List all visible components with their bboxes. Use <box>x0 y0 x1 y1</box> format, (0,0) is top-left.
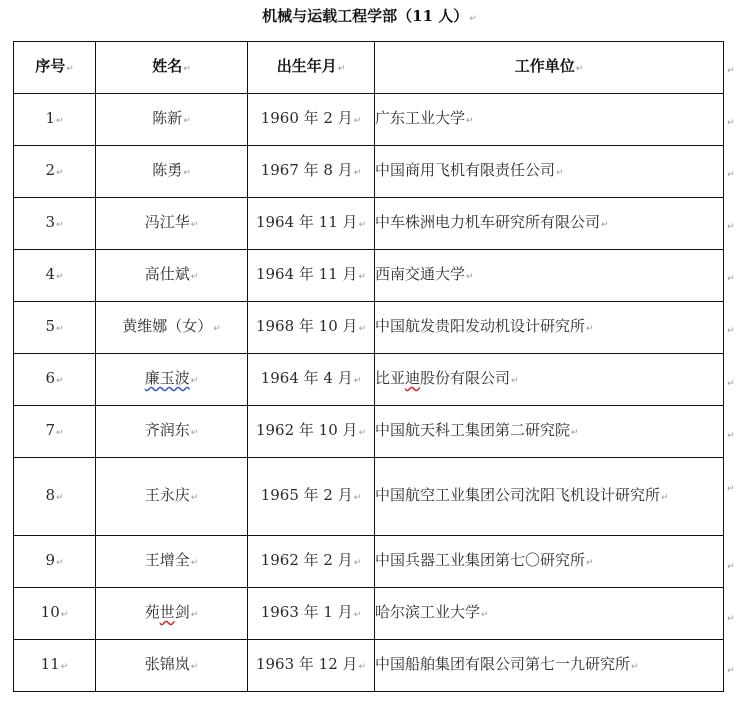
cell-name[interactable]: 冯江华↵ <box>96 198 248 250</box>
paragraph-mark-icon: ↵ <box>183 116 191 126</box>
table-row: 1↵ 陈新↵ 1960 年 2 月↵ 广东工业大学↵ <box>14 94 724 146</box>
name-text: 王增全 <box>145 551 190 569</box>
cell-unit[interactable]: 中国商用飞机有限责任公司↵ <box>375 146 724 198</box>
paragraph-mark-icon: ↵ <box>183 64 191 74</box>
row-end-mark-icon: ↵ <box>727 66 735 76</box>
document-title-text: 机械与运载工程学部（11 人） <box>262 7 468 25</box>
name-text-part: 剑 <box>175 603 190 621</box>
paragraph-mark-icon: ↵ <box>571 428 579 438</box>
index-text: 2 <box>45 161 55 179</box>
paragraph-mark-icon: ↵ <box>601 220 609 230</box>
cell-birth[interactable]: 1964 年 11 月↵ <box>248 250 375 302</box>
paragraph-mark-icon: ↵ <box>359 662 367 672</box>
cell-name[interactable]: 王增全↵ <box>96 536 248 588</box>
birth-text: 1964 年 11 月 <box>256 213 358 231</box>
cell-unit[interactable]: 中国航空工业集团公司沈阳飞机设计研究所↵ <box>375 458 724 536</box>
name-text: 黄维娜（女） <box>122 317 212 335</box>
paragraph-mark-icon: ↵ <box>191 220 199 230</box>
cell-birth[interactable]: 1962 年 10 月↵ <box>248 406 375 458</box>
paragraph-mark-icon: ↵ <box>213 324 221 334</box>
index-text: 8 <box>45 486 55 504</box>
unit-text: 广东工业大学 <box>375 109 465 127</box>
birth-text: 1963 年 1 月 <box>261 603 353 621</box>
paragraph-mark-icon: ↵ <box>631 662 639 672</box>
table-row: 3↵ 冯江华↵ 1964 年 11 月↵ 中车株洲电力机车研究所有限公司↵ <box>14 198 724 250</box>
cell-name[interactable]: 齐润东↵ <box>96 406 248 458</box>
cell-unit[interactable]: 哈尔滨工业大学↵ <box>375 588 724 640</box>
birth-text: 1964 年 11 月 <box>256 265 358 283</box>
paragraph-mark-icon: ↵ <box>56 220 64 230</box>
paragraph-mark-icon: ↵ <box>191 272 199 282</box>
paragraph-mark-icon: ↵ <box>56 324 64 334</box>
header-unit: 工作单位↵ <box>375 42 724 94</box>
cell-index[interactable]: 1↵ <box>14 94 96 146</box>
paragraph-mark-icon: ↵ <box>469 14 477 24</box>
unit-text: 中国船舶集团有限公司第七一九研究所 <box>375 655 630 673</box>
cell-birth[interactable]: 1968 年 10 月↵ <box>248 302 375 354</box>
paragraph-mark-icon: ↵ <box>556 168 564 178</box>
name-text: 陈新 <box>152 109 182 127</box>
paragraph-mark-icon: ↵ <box>354 493 362 503</box>
paragraph-mark-icon: ↵ <box>61 662 69 672</box>
unit-text-part: 股份有限公司 <box>420 369 510 387</box>
paragraph-mark-icon: ↵ <box>359 220 367 230</box>
paragraph-mark-icon: ↵ <box>359 324 367 334</box>
document-title: 机械与运载工程学部（11 人）↵ <box>0 5 739 30</box>
cell-unit[interactable]: 中国兵器工业集团第七〇研究所↵ <box>375 536 724 588</box>
paragraph-mark-icon: ↵ <box>56 558 64 568</box>
paragraph-mark-icon: ↵ <box>354 610 362 620</box>
table-row: 11↵ 张锦岚↵ 1963 年 12 月↵ 中国船舶集团有限公司第七一九研究所↵ <box>14 640 724 692</box>
paragraph-mark-icon: ↵ <box>511 376 519 386</box>
header-unit-label: 工作单位 <box>515 57 575 75</box>
paragraph-mark-icon: ↵ <box>191 428 199 438</box>
name-text-grammar-flag: 廉玉波 <box>145 369 190 387</box>
row-end-mark-icon: ↵ <box>727 614 735 624</box>
header-index: 序号↵ <box>14 42 96 94</box>
index-text: 7 <box>45 421 55 439</box>
table-row: 10↵ 苑世剑↵ 1963 年 1 月↵ 哈尔滨工业大学↵ <box>14 588 724 640</box>
row-end-mark-icon: ↵ <box>727 484 735 494</box>
paragraph-mark-icon: ↵ <box>191 376 199 386</box>
paragraph-mark-icon: ↵ <box>56 116 64 126</box>
cell-unit[interactable]: 中国航发贵阳发动机设计研究所↵ <box>375 302 724 354</box>
cell-index[interactable]: 7↵ <box>14 406 96 458</box>
index-text: 4 <box>45 265 55 283</box>
members-table: 序号↵ 姓名↵ 出生年月↵ 工作单位↵ 1↵ 陈新↵ 1960 年 2 月↵ 广… <box>13 41 724 692</box>
row-end-mark-icon: ↵ <box>727 326 735 336</box>
cell-index[interactable]: 4↵ <box>14 250 96 302</box>
birth-text: 1962 年 10 月 <box>256 421 358 439</box>
row-end-mark-icon: ↵ <box>727 431 735 441</box>
cell-unit[interactable]: 中车株洲电力机车研究所有限公司↵ <box>375 198 724 250</box>
cell-index[interactable]: 10↵ <box>14 588 96 640</box>
unit-text: 中国兵器工业集团第七〇研究所 <box>375 551 585 569</box>
paragraph-mark-icon: ↵ <box>183 168 191 178</box>
paragraph-mark-icon: ↵ <box>56 376 64 386</box>
name-text: 张锦岚 <box>145 655 190 673</box>
unit-text: 哈尔滨工业大学 <box>375 603 480 621</box>
unit-text: 中国航发贵阳发动机设计研究所 <box>375 317 585 335</box>
name-text-part: 苑 <box>145 603 160 621</box>
paragraph-mark-icon: ↵ <box>466 272 474 282</box>
unit-text: 中国航天科工集团第二研究院 <box>375 421 570 439</box>
cell-birth[interactable]: 1963 年 12 月↵ <box>248 640 375 692</box>
cell-birth[interactable]: 1964 年 4 月↵ <box>248 354 375 406</box>
paragraph-mark-icon: ↵ <box>191 558 199 568</box>
cell-unit[interactable]: 西南交通大学↵ <box>375 250 724 302</box>
unit-text-part: 比亚 <box>375 369 405 387</box>
table-row: 8↵ 王永庆↵ 1965 年 2 月↵ 中国航空工业集团公司沈阳飞机设计研究所↵ <box>14 458 724 536</box>
birth-text: 1963 年 12 月 <box>256 655 358 673</box>
row-end-mark-icon: ↵ <box>727 274 735 284</box>
row-end-mark-icon: ↵ <box>727 118 735 128</box>
cell-index[interactable]: 6↵ <box>14 354 96 406</box>
unit-text: 中国商用飞机有限责任公司 <box>375 161 555 179</box>
table-row: 4↵ 高仕斌↵ 1964 年 11 月↵ 西南交通大学↵ <box>14 250 724 302</box>
paragraph-mark-icon: ↵ <box>354 116 362 126</box>
paragraph-mark-icon: ↵ <box>61 610 69 620</box>
index-text: 11 <box>41 655 60 673</box>
unit-text-spelling-flag: 迪 <box>405 369 420 387</box>
cell-birth[interactable]: 1963 年 1 月↵ <box>248 588 375 640</box>
header-index-label: 序号 <box>35 57 65 75</box>
index-text: 9 <box>45 551 55 569</box>
paragraph-mark-icon: ↵ <box>481 610 489 620</box>
cell-unit[interactable]: 比亚迪股份有限公司↵ <box>375 354 724 406</box>
cell-unit[interactable]: 广东工业大学↵ <box>375 94 724 146</box>
header-name-label: 姓名 <box>152 57 182 75</box>
cell-index[interactable]: 3↵ <box>14 198 96 250</box>
paragraph-mark-icon: ↵ <box>466 116 474 126</box>
header-birth: 出生年月↵ <box>248 42 375 94</box>
paragraph-mark-icon: ↵ <box>661 493 669 503</box>
paragraph-mark-icon: ↵ <box>56 428 64 438</box>
name-text: 高仕斌 <box>145 265 190 283</box>
cell-birth[interactable]: 1960 年 2 月↵ <box>248 94 375 146</box>
paragraph-mark-icon: ↵ <box>191 493 199 503</box>
index-text: 1 <box>45 109 55 127</box>
unit-text: 西南交通大学 <box>375 265 465 283</box>
paragraph-mark-icon: ↵ <box>338 64 346 74</box>
paragraph-mark-icon: ↵ <box>56 168 64 178</box>
cell-birth[interactable]: 1967 年 8 月↵ <box>248 146 375 198</box>
paragraph-mark-icon: ↵ <box>354 376 362 386</box>
cell-unit[interactable]: 中国航天科工集团第二研究院↵ <box>375 406 724 458</box>
paragraph-mark-icon: ↵ <box>576 64 584 74</box>
index-text: 3 <box>45 213 55 231</box>
cell-index[interactable]: 2↵ <box>14 146 96 198</box>
cell-name[interactable]: 廉玉波↵ <box>96 354 248 406</box>
cell-index[interactable]: 5↵ <box>14 302 96 354</box>
paragraph-mark-icon: ↵ <box>66 64 74 74</box>
unit-text: 中车株洲电力机车研究所有限公司 <box>375 213 600 231</box>
cell-birth[interactable]: 1964 年 11 月↵ <box>248 198 375 250</box>
birth-text: 1968 年 10 月 <box>256 317 358 335</box>
table-row: 2↵ 陈勇↵ 1967 年 8 月↵ 中国商用飞机有限责任公司↵ <box>14 146 724 198</box>
birth-text: 1965 年 2 月 <box>261 486 353 504</box>
paragraph-mark-icon: ↵ <box>354 168 362 178</box>
cell-name[interactable]: 苑世剑↵ <box>96 588 248 640</box>
index-text: 6 <box>45 369 55 387</box>
paragraph-mark-icon: ↵ <box>191 610 199 620</box>
cell-unit[interactable]: 中国船舶集团有限公司第七一九研究所↵ <box>375 640 724 692</box>
row-end-mark-icon: ↵ <box>727 170 735 180</box>
row-end-mark-icon: ↵ <box>727 222 735 232</box>
header-name: 姓名↵ <box>96 42 248 94</box>
table-row: 9↵ 王增全↵ 1962 年 2 月↵ 中国兵器工业集团第七〇研究所↵ <box>14 536 724 588</box>
name-text: 冯江华 <box>145 213 190 231</box>
index-text: 5 <box>45 317 55 335</box>
table-row: 7↵ 齐润东↵ 1962 年 10 月↵ 中国航天科工集团第二研究院↵ <box>14 406 724 458</box>
unit-text: 中国航空工业集团公司沈阳飞机设计研究所 <box>375 486 660 504</box>
cell-birth[interactable]: 1965 年 2 月↵ <box>248 458 375 536</box>
paragraph-mark-icon: ↵ <box>191 662 199 672</box>
name-text: 齐润东 <box>145 421 190 439</box>
birth-text: 1964 年 4 月 <box>261 369 353 387</box>
birth-text: 1967 年 8 月 <box>261 161 353 179</box>
paragraph-mark-icon: ↵ <box>586 558 594 568</box>
row-end-mark-icon: ↵ <box>727 562 735 572</box>
cell-name[interactable]: 张锦岚↵ <box>96 640 248 692</box>
table-row: 5↵ 黄维娜（女）↵ 1968 年 10 月↵ 中国航发贵阳发动机设计研究所↵ <box>14 302 724 354</box>
name-text-spelling-flag: 世 <box>160 603 175 621</box>
paragraph-mark-icon: ↵ <box>354 558 362 568</box>
paragraph-mark-icon: ↵ <box>359 428 367 438</box>
paragraph-mark-icon: ↵ <box>359 272 367 282</box>
birth-text: 1962 年 2 月 <box>261 551 353 569</box>
cell-name[interactable]: 王永庆↵ <box>96 458 248 536</box>
birth-text: 1960 年 2 月 <box>261 109 353 127</box>
cell-index[interactable]: 9↵ <box>14 536 96 588</box>
paragraph-mark-icon: ↵ <box>56 493 64 503</box>
header-birth-label: 出生年月 <box>277 57 337 75</box>
table-row: 6↵ 廉玉波↵ 1964 年 4 月↵ 比亚迪股份有限公司↵ <box>14 354 724 406</box>
cell-name[interactable]: 黄维娜（女）↵ <box>96 302 248 354</box>
cell-name[interactable]: 陈新↵ <box>96 94 248 146</box>
row-end-mark-icon: ↵ <box>727 666 735 676</box>
row-end-mark-icon: ↵ <box>727 379 735 389</box>
cell-index[interactable]: 8↵ <box>14 458 96 536</box>
cell-index[interactable]: 11↵ <box>14 640 96 692</box>
cell-birth[interactable]: 1962 年 2 月↵ <box>248 536 375 588</box>
name-text: 陈勇 <box>152 161 182 179</box>
paragraph-mark-icon: ↵ <box>56 272 64 282</box>
table-header-row: 序号↵ 姓名↵ 出生年月↵ 工作单位↵ <box>14 42 724 94</box>
name-text: 王永庆 <box>145 486 190 504</box>
cell-name[interactable]: 陈勇↵ <box>96 146 248 198</box>
cell-name[interactable]: 高仕斌↵ <box>96 250 248 302</box>
index-text: 10 <box>41 603 60 621</box>
paragraph-mark-icon: ↵ <box>586 324 594 334</box>
